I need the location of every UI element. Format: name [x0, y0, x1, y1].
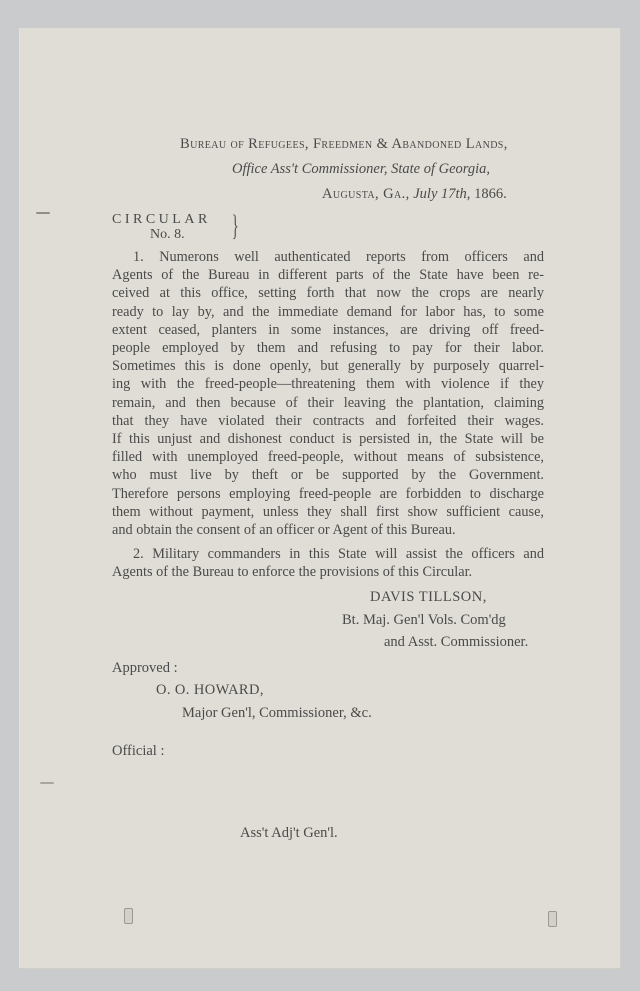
staple-hole-mark — [124, 908, 133, 924]
circular-title: CIRCULAR — [112, 212, 211, 228]
text-line: ing with the freed-people—threatening th… — [112, 375, 544, 393]
approver-name: O. O. HOWARD, — [156, 682, 264, 699]
year: 1866. — [474, 186, 507, 202]
margin-mark — [40, 782, 54, 784]
paragraph-2: 2. Military commanders in this State wil… — [112, 545, 544, 581]
office-heading: Office Ass't Commissioner, State of Geor… — [232, 161, 490, 178]
date: July 17th, — [413, 186, 470, 202]
brace-glyph: } — [232, 211, 239, 241]
text-line: ceived at this office, setting forth tha… — [112, 284, 544, 302]
text-line: Agents of the Bureau to enforce the prov… — [112, 563, 544, 581]
text-line: Therefore persons employing freed-people… — [112, 485, 544, 503]
text-line: filled with unemployed freed-people, wit… — [112, 448, 544, 466]
official-label: Official : — [112, 743, 164, 760]
text-line: Agents of the Bureau in different parts … — [112, 266, 544, 284]
approver-title: Major Gen'l, Commissioner, &c. — [182, 705, 372, 722]
margin-mark — [36, 212, 50, 214]
signatory-title: Bt. Maj. Gen'l Vols. Com'dg — [342, 612, 506, 629]
text-line: ready to lay by, and the immediate deman… — [112, 303, 544, 321]
circular-number: No. 8. — [150, 227, 185, 243]
text-line: 1. Numerons well authenticated reports f… — [112, 248, 544, 266]
approved-label: Approved : — [112, 660, 178, 677]
bureau-heading: Bureau of Refugees, Freedmen & Abandoned… — [180, 136, 508, 153]
signatory-title-2: and Asst. Commissioner. — [384, 634, 528, 651]
signatory-name: DAVIS TILLSON, — [370, 589, 487, 606]
document-page: Bureau of Refugees, Freedmen & Abandoned… — [20, 28, 620, 968]
text-line: Sometimes this is done openly, but gener… — [112, 357, 544, 375]
place-date-line: Augusta, Ga., July 17th, 1866. — [322, 186, 507, 203]
text-line: 2. Military commanders in this State wil… — [112, 545, 544, 563]
place: Augusta, Ga., — [322, 186, 410, 202]
text-line: and obtain the consent of an officer or … — [112, 521, 544, 539]
text-line: them without payment, unless they shall … — [112, 503, 544, 521]
text-line: If this unjust and dishonest conduct is … — [112, 430, 544, 448]
text-line: people employed by them and refusing to … — [112, 339, 544, 357]
text-line: that they have violated their contracts … — [112, 412, 544, 430]
staple-hole-mark — [548, 911, 557, 927]
official-title: Ass't Adj't Gen'l. — [240, 825, 338, 842]
text-line: remain, and then because of their leavin… — [112, 394, 544, 412]
paragraph-1: 1. Numerons well authenticated reports f… — [112, 248, 544, 539]
text-line: extent ceased, planters in some instance… — [112, 321, 544, 339]
text-line: who must live by theft or be supported b… — [112, 466, 544, 484]
circular-body: 1. Numerons well authenticated reports f… — [112, 248, 544, 582]
